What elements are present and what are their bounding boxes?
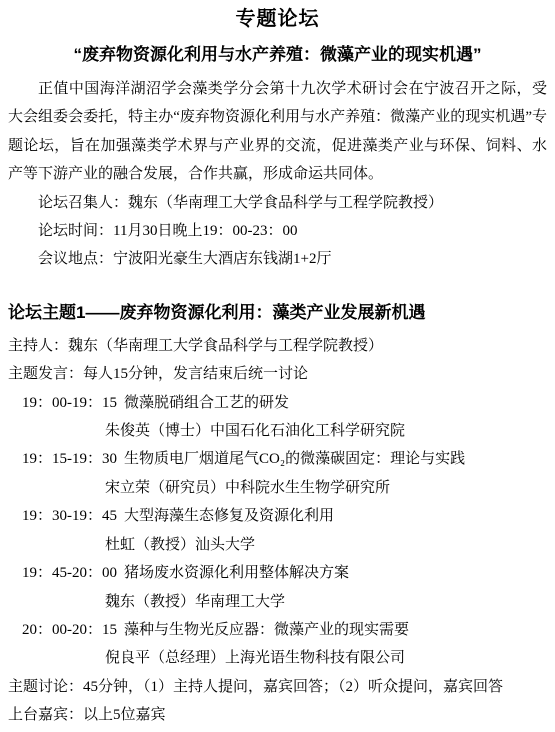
schedule-item-5-speaker: 倪良平（总经理）上海光语生物科技有限公司: [8, 644, 547, 672]
schedule-item-3-speaker: 杜虹（教授）汕头大学: [8, 531, 547, 559]
schedule-item-1-topic: 微藻脱硝组合工艺的研发: [124, 395, 289, 411]
schedule-item-1-speaker: 朱俊英（博士）中国石化石油化工科学研究院: [8, 417, 547, 445]
schedule-item-2-time: 19：15-19：30: [22, 445, 117, 473]
forum-time-line: 论坛时间：11月30日晚上19：00-23：00: [8, 217, 547, 245]
page-title: 专题论坛: [8, 6, 547, 32]
discussion-line: 主题讨论：45分钟，（1）主持人提问，嘉宾回答；（2）听众提问，嘉宾回答: [8, 673, 547, 701]
schedule-item-5-line: 20：00-20：15藻种与生物光反应器：微藻产业的现实需要: [8, 616, 547, 644]
schedule-item-5-topic: 藻种与生物光反应器：微藻产业的现实需要: [124, 622, 409, 638]
document-page: 专题论坛 “废弃物资源化利用与水产养殖：微藻产业的现实机遇” 正值中国海洋湖沼学…: [0, 0, 555, 732]
schedule-item-4-line: 19：45-20：00猪场废水资源化利用整体解决方案: [8, 559, 547, 587]
schedule-item-5-time: 20：00-20：15: [22, 616, 117, 644]
schedule-item-4-speaker: 魏东（教授）华南理工大学: [8, 588, 547, 616]
host-line: 主持人：魏东（华南理工大学食品科学与工程学院教授）: [8, 332, 547, 360]
schedule-item-2-speaker: 宋立荣（研究员）中科院水生生物学研究所: [8, 474, 547, 502]
format-line: 主题发言：每人15分钟，发言结束后统一讨论: [8, 360, 547, 388]
intro-paragraph: 正值中国海洋湖沼学会藻类学分会第十九次学术研讨会在宁波召开之际，受大会组委会委托…: [8, 75, 547, 189]
guests-line: 上台嘉宾：以上5位嘉宾: [8, 701, 547, 729]
forum-subtitle: “废弃物资源化利用与水产养殖：微藻产业的现实机遇”: [8, 44, 547, 66]
venue-line: 会议地点：宁波阳光豪生大酒店东钱湖1+2厅: [8, 245, 547, 273]
schedule-item-3-line: 19：30-19：45大型海藻生态修复及资源化利用: [8, 502, 547, 530]
schedule-item-3-time: 19：30-19：45: [22, 502, 117, 530]
schedule-item-4-topic: 猪场废水资源化利用整体解决方案: [124, 565, 349, 581]
schedule-item-1-line: 19：00-19：15微藻脱硝组合工艺的研发: [8, 389, 547, 417]
schedule-item-2-topic: 生物质电厂烟道尾气CO₂的微藻碳固定：理论与实践: [124, 451, 465, 467]
schedule-item-4-time: 19：45-20：00: [22, 559, 117, 587]
schedule-item-1-time: 19：00-19：15: [22, 389, 117, 417]
schedule-item-3-topic: 大型海藻生态修复及资源化利用: [124, 508, 334, 524]
section1-heading: 论坛主题1——废弃物资源化利用：藻类产业发展新机遇: [8, 301, 547, 325]
convener-line: 论坛召集人：魏东（华南理工大学食品科学与工程学院教授）: [8, 189, 547, 217]
schedule-item-2-line: 19：15-19：30生物质电厂烟道尾气CO₂的微藻碳固定：理论与实践: [8, 445, 547, 473]
